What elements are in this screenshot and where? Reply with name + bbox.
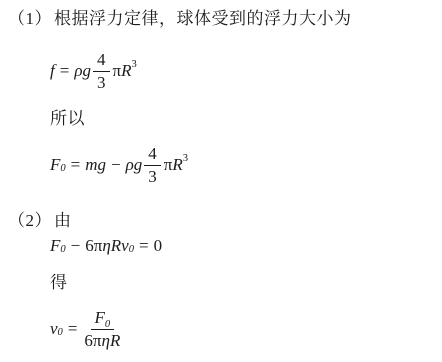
item1-connector-text: 所以	[50, 108, 432, 130]
eq3-force: F	[50, 236, 60, 256]
eq2-fraction-numerator: 4	[144, 144, 161, 166]
item2-heading: （2）由	[8, 210, 432, 232]
eq1-fraction-denominator: 3	[97, 72, 106, 93]
eq2-radius: R	[172, 155, 182, 175]
eq1-fraction: 4 3	[93, 50, 110, 92]
solution-document: （1）根据浮力定律，球体受到的浮力大小为 f = ρg 4 3 πR3 所以 F…	[0, 0, 442, 362]
eq3-eta: η	[102, 236, 110, 256]
eq1-pi: π	[113, 61, 122, 81]
eq4-fraction-denominator: 6πηR	[84, 330, 120, 351]
eq4-denominator-coefficient: 6	[84, 331, 93, 350]
eq4-numerator-force: F	[95, 308, 105, 327]
eq2-fraction-denominator: 3	[148, 166, 157, 187]
eq4-velocity: v	[50, 319, 58, 339]
equation-net-force: F0 = mg − ρg 4 3 πR3	[50, 144, 432, 186]
equation-buoyancy-force: f = ρg 4 3 πR3	[50, 50, 432, 92]
eq4-numerator-force-subscript: 0	[105, 319, 110, 330]
eq4-equals-sign: =	[63, 319, 83, 339]
eq1-rho-g: ρg	[74, 61, 91, 81]
eq2-mg: mg	[85, 155, 106, 175]
eq2-equals-sign: =	[66, 155, 86, 175]
equation-terminal-velocity: v0 = F0 6πηR	[50, 308, 432, 350]
eq4-denominator-radius: R	[110, 331, 120, 350]
eq1-radius: R	[121, 61, 131, 81]
eq2-minus-sign: −	[106, 155, 126, 175]
eq4-fraction-numerator: F0	[91, 308, 115, 330]
eq3-equals-sign: =	[134, 236, 154, 256]
item1-marker: （1）	[8, 9, 52, 28]
eq2-rho-g: ρg	[126, 155, 143, 175]
eq2-fraction: 4 3	[144, 144, 161, 186]
eq2-force: F	[50, 155, 60, 175]
equation-force-balance: F0 − 6πηRv0 = 0	[50, 236, 432, 256]
item1-heading: （1）根据浮力定律，球体受到的浮力大小为	[8, 8, 432, 30]
eq3-minus-sign: −	[66, 236, 86, 256]
item1-intro-text: 根据浮力定律，球体受到的浮力大小为	[54, 9, 352, 28]
eq4-denominator-pi: π	[93, 331, 102, 350]
eq3-rhs-zero: 0	[154, 236, 163, 256]
item2-marker: （2）	[8, 211, 52, 230]
eq3-pi: π	[94, 236, 103, 256]
eq4-denominator-eta: η	[102, 331, 110, 350]
eq4-fraction: F0 6πηR	[84, 308, 120, 350]
item2-intro-text: 由	[54, 211, 72, 230]
eq1-fraction-numerator: 4	[93, 50, 110, 72]
eq3-coefficient: 6	[85, 236, 94, 256]
eq3-radius: R	[111, 236, 121, 256]
eq3-velocity: v	[121, 236, 129, 256]
item2-connector-text: 得	[50, 272, 432, 294]
eq1-equals-sign: =	[55, 61, 75, 81]
